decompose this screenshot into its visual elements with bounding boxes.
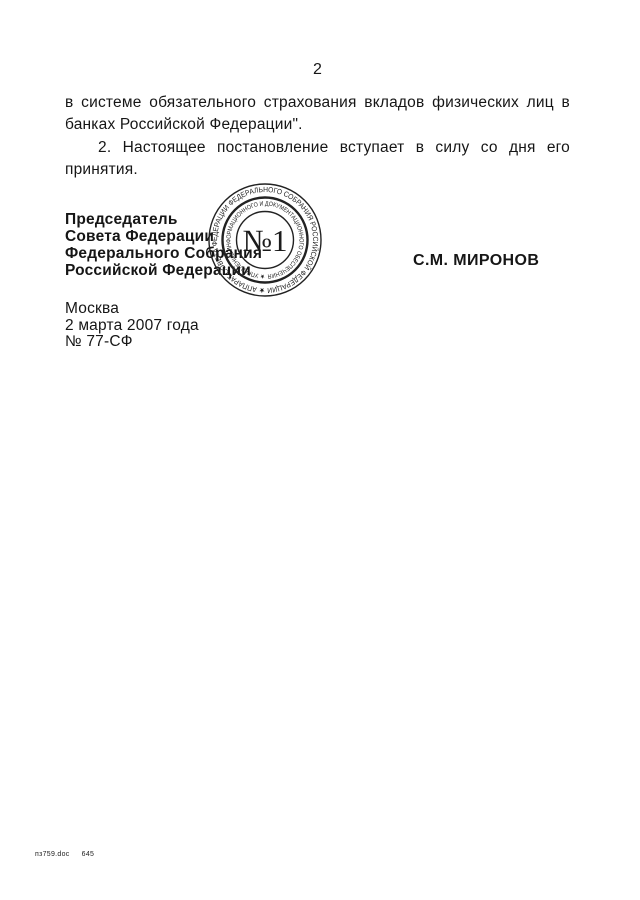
footer-file-name: пз759.doc [35, 851, 70, 858]
paragraph-clause-2: 2. Настоящее постановление вступает в си… [65, 137, 570, 182]
issuance-block: Москва 2 марта 2007 года № 77-СФ [65, 301, 199, 351]
official-stamp: ★ АППАРАТ СОВЕТА ФЕДЕРАЦИИ ФЕДЕРАЛЬНОГО … [207, 182, 323, 298]
paragraph-continuation: в системе обязательного страхования вкла… [65, 92, 570, 137]
issuance-city: Москва [65, 301, 199, 318]
stamp-number: №1 [242, 223, 287, 258]
signer-name: С.М. МИРОНОВ [413, 252, 539, 270]
issuance-number: № 77-СФ [65, 334, 199, 351]
document-body: в системе обязательного страхования вкла… [65, 92, 570, 182]
document-page: 2 в системе обязательного страхования вк… [0, 0, 640, 900]
footer-file-reference: пз759.doc645 [35, 851, 94, 858]
footer-code: 645 [82, 851, 95, 858]
issuance-date: 2 марта 2007 года [65, 318, 199, 335]
page-number: 2 [65, 61, 570, 79]
